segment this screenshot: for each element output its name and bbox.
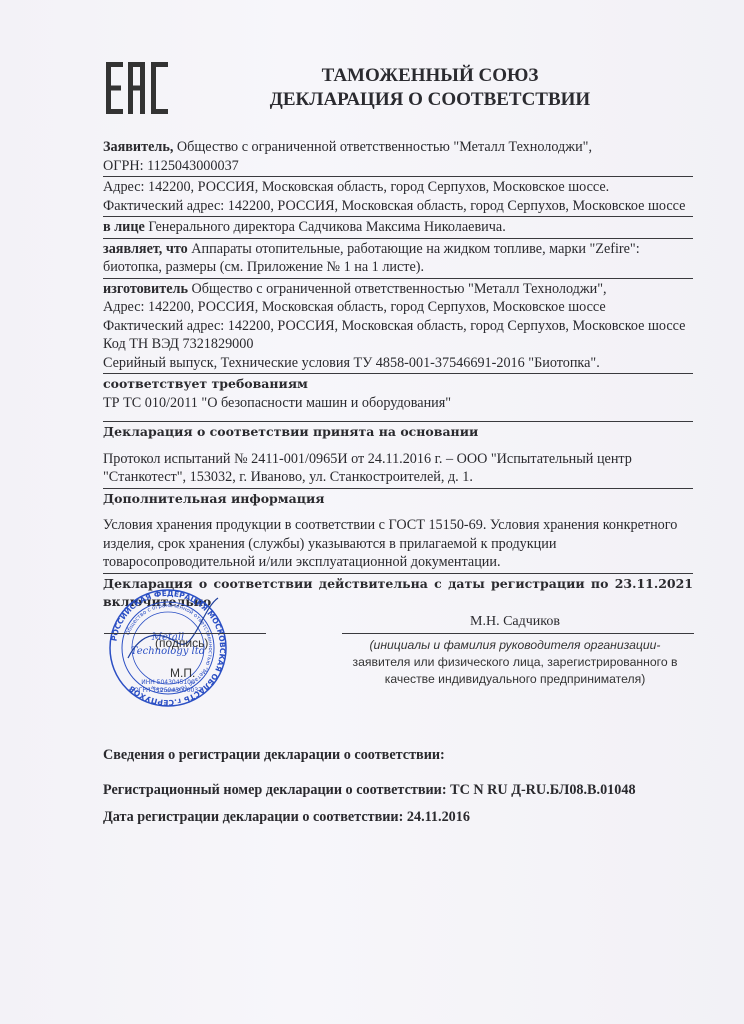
- basis-label: Декларация о соответствии принята на осн…: [103, 423, 693, 442]
- manufacturer-actual-address: Фактический адрес: 142200, РОССИЯ, Моско…: [103, 317, 693, 336]
- declaration-page: ТАМОЖЕННЫЙ СОЮЗ ДЕКЛАРАЦИЯ О СООТВЕТСТВИ…: [0, 0, 744, 1024]
- requirements-label: соответствует требованиям: [103, 375, 693, 394]
- signature-caption: (подпись): [155, 636, 208, 650]
- manufacturer-address: Адрес: 142200, РОССИЯ, Московская област…: [103, 298, 693, 317]
- applicant-address-section: Адрес: 142200, РОССИЯ, Московская област…: [103, 178, 693, 217]
- represented-section: в лице Генерального директора Садчикова …: [103, 218, 693, 239]
- applicant-section: Заявитель, Общество с ограниченной ответ…: [103, 138, 693, 177]
- applicant-ogrn: ОГРН: 1125043000037: [103, 158, 239, 174]
- declares-section: заявляет, что Аппараты отопительные, раб…: [103, 240, 693, 279]
- requirements-text: ТР ТС 010/2011 "О безопасности машин и о…: [103, 394, 693, 413]
- applicant-actual-address: Фактический адрес: 142200, РОССИЯ, Моско…: [103, 197, 693, 216]
- basis-text: Протокол испытаний № 2411-001/0965И от 2…: [103, 450, 693, 487]
- applicant-name: Общество с ограниченной ответственностью…: [173, 139, 592, 155]
- seal-place-label: М.П.: [170, 666, 195, 680]
- svg-text:ИНН 5043045100: ИНН 5043045100: [141, 679, 195, 686]
- svg-text:ОГРН 1125043000037: ОГРН 1125043000037: [134, 687, 202, 694]
- basis-section: Декларация о соответствии принята на осн…: [103, 423, 693, 489]
- signature-line: [104, 633, 266, 634]
- additional-text: Условия хранения продукции в соответстви…: [103, 516, 693, 572]
- registration-date: Дата регистрации декларации о соответств…: [103, 809, 470, 826]
- header-title-line1: ТАМОЖЕННЫЙ СОЮЗ: [240, 64, 620, 88]
- tn-ved-code: Код ТН ВЭД 7321829000: [103, 335, 693, 354]
- signatory-caption-line2: заявителя или физического лица, зарегист…: [340, 654, 690, 671]
- signatory-caption: (инициалы и фамилия руководителя организ…: [340, 637, 690, 688]
- serial-production: Серийный выпуск, Технические условия ТУ …: [103, 354, 693, 373]
- registration-number: Регистрационный номер декларации о соотв…: [103, 782, 636, 799]
- signatory-caption-line1: (инициалы и фамилия руководителя организ…: [340, 637, 690, 654]
- requirements-section: соответствует требованиям ТР ТС 010/2011…: [103, 375, 693, 422]
- manufacturer-section: изготовитель Общество с ограниченной отв…: [103, 280, 693, 375]
- applicant-label: Заявитель,: [103, 139, 173, 155]
- registration-heading: Сведения о регистрации декларации о соот…: [103, 747, 445, 764]
- declares-label: заявляет, что: [103, 241, 188, 257]
- document-header: ТАМОЖЕННЫЙ СОЮЗ ДЕКЛАРАЦИЯ О СООТВЕТСТВИ…: [240, 64, 620, 112]
- manufacturer-name: Общество с ограниченной ответственностью…: [188, 281, 607, 297]
- signatory-name: М.Н. Садчиков: [340, 614, 690, 630]
- represented-by: Генерального директора Садчикова Максима…: [145, 219, 506, 235]
- header-title-line2: ДЕКЛАРАЦИЯ О СООТВЕТСТВИИ: [240, 88, 620, 112]
- additional-section: Дополнительная информация Условия хранен…: [103, 490, 693, 574]
- eac-logo-icon: [106, 62, 170, 114]
- manufacturer-label: изготовитель: [103, 281, 188, 297]
- applicant-address: Адрес: 142200, РОССИЯ, Московская област…: [103, 178, 693, 197]
- represented-label: в лице: [103, 219, 145, 235]
- additional-label: Дополнительная информация: [103, 490, 693, 509]
- signatory-name-line: [342, 633, 694, 634]
- declaration-body: Заявитель, Общество с ограниченной ответ…: [103, 138, 693, 614]
- signatory-caption-line3: качестве индивидуального предпринимателя…: [340, 671, 690, 688]
